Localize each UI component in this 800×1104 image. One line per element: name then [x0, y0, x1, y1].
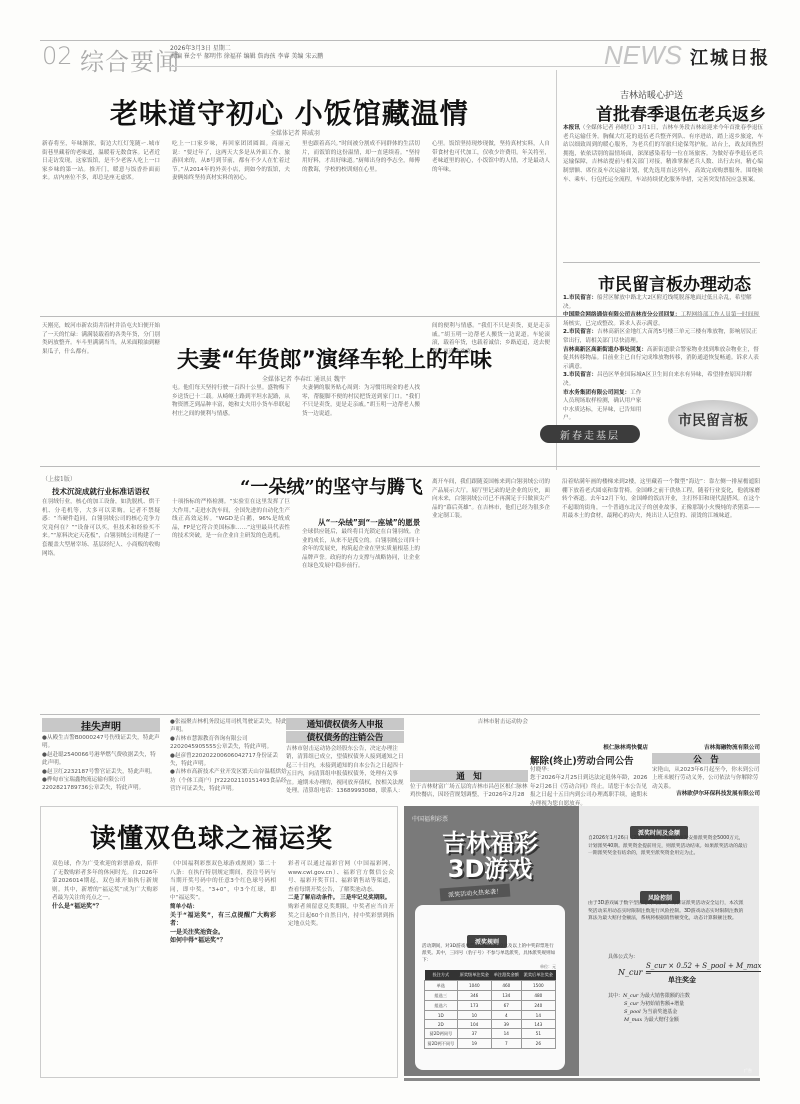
announce-signer: 吉林欧伊尔环保科技发展有限公司 — [652, 790, 760, 798]
main-col-3: 里也跟着高兴。”时间被分割成不同群体的生活切片，而饭馆的这份温情，却一直延续着。… — [302, 140, 420, 308]
section-rule — [40, 466, 760, 467]
section-title: 综合要闻 — [80, 42, 180, 77]
header-subrule — [170, 66, 620, 67]
table-row: 2D10439143 — [425, 1020, 556, 1029]
table-row: 猜2D两同号371451 — [425, 1029, 556, 1039]
board-item: 1.市民留言：船营区解放中路北大2区附近线缆脱落地面过低且杂乱，希望解决。 — [563, 294, 760, 311]
time-text: 自2026年1月26日（2026026期）开始，预先安排派奖资金5000万元，计… — [588, 835, 748, 858]
section-rule — [40, 714, 760, 715]
labor-signer: 吉林海融物流有限公司 — [652, 744, 760, 752]
main-byline: 全媒体记者 陈威羽 — [270, 128, 320, 137]
debt-notice-title-1: 通知债权债务人申报 — [286, 718, 404, 730]
lost-notices-left: ●从殿生吉警B0000247号伤残证丢失，特此声明。●赵赴聪2540066号港华… — [42, 734, 160, 793]
notify-text: 位于吉林财富广场五层的吉林市昌邑区根仁脉林鸡快餐店，因经营规划调整，于2026年… — [410, 783, 528, 799]
debt-notice-text: 吉林市射击运动协会经股东公告，决定办理注销，清算组已成立，望债权债务人接到通知之… — [286, 745, 404, 795]
announce-text: 宋艳山，从2023年6月起至今，你未到公司上班未履行劳动义务，公司依法与你解除劳… — [652, 766, 760, 791]
formula-numerator: S_cur × 0.52 + S_pool + M_max — [646, 962, 761, 972]
column-divider — [556, 70, 557, 470]
table-row: 单选10404601500 — [425, 981, 556, 991]
lost-notices-right: ●张福聚吉林机务段运用司机驾驶证丢失，特此声明。●吉林市慧源教育咨询有限公司22… — [170, 718, 288, 794]
game-title: 吉林福彩3D游戏 — [425, 830, 555, 882]
table-row: 1D10414 — [425, 1011, 556, 1020]
board-item: 中国联合网络通信有限公司吉林市分公司回复：工程网络部工作人员第一时间现场核实，已… — [563, 311, 760, 328]
formula-legend: 其中：N_cur 为最大销售限额的注数 S_cur 为初始销售额+增量 S_po… — [608, 992, 690, 1024]
wool-col-3: 全球供应链后，最终将目光锁定在白翎羽绒。企业的成长，从来不是孤立的。白翎羽绒公司… — [302, 528, 420, 658]
risk-text: 由于3D游戏属于数字型固定设奖游戏，为保证派奖活动安全运行，本次派奖活动采用动态… — [588, 900, 748, 923]
wool-subhead-2: 从“一朵绒”到“一座城”的愿景 — [318, 517, 420, 528]
veterans-body: 本报讯（全媒体记者 孙晓红）3月1日，吉林车务段吉林站迎来今年首批春季退伍老兵运… — [563, 124, 763, 254]
section-rule — [563, 262, 760, 263]
lottery-col-3: 彩者可以通过福彩官网（中国福彩网，www.cwl.gov.cn）、福彩官方微信公… — [288, 860, 394, 1070]
lottery-article-headline: 读懂双色球之福运奖 — [90, 818, 333, 855]
couple-byline: 全媒体记者 李春红 通讯员 魏宇 — [262, 374, 346, 383]
notify-signer: 根仁脉林鸡快餐店 — [530, 744, 648, 752]
announce-title: 公 告 — [652, 753, 760, 764]
header-meta: 2026年3月3日 星期二 责编 崔会平 郝明伟 徐福祥 编辑 詹海孩 李睿 美… — [170, 45, 323, 61]
continued-from: （上接1版） — [42, 474, 76, 483]
couple-col-1: 天刚亮，蛟河市新农街井沿村井沿屯夫妇便开始了一天的忙碌：满满装载着的各类年货，分… — [42, 322, 160, 462]
issue-date: 2026年3月3日 星期二 — [170, 45, 323, 53]
lead-byline: （全媒体记者 孙晓红） — [580, 125, 638, 131]
wool-subhead-1: 技术沉淀成就行业标准话语权 — [52, 486, 150, 497]
prize-table: 投注方式原奖级单注奖金单注派奖金额派奖后单注奖金 单选10404601500 组… — [424, 970, 556, 1049]
veterans-text: 3月1日，吉林车务段吉林站迎来今年首批春季退伍老兵运输任务。胸佩大红花的退伍老兵… — [563, 125, 763, 183]
notify-title: 通 知 — [410, 770, 528, 782]
debt-notice-continued: 吉林市射击运动协会 — [410, 718, 528, 764]
welfare-lottery-logo: 中国福利彩票 — [412, 814, 448, 823]
wool-headline: “一朵绒”的坚守与腾飞 — [240, 473, 423, 499]
message-board-title: 市民留言板办理动态 — [598, 270, 751, 295]
labor-contract-title: 解除(终止)劳动合同公告 — [530, 753, 650, 767]
spring-grassroots-tag: 新春走基层 — [540, 425, 640, 443]
main-col-1: 新春将至，年味渐浓，街边大红灯笼随ー.城市街巷里藏着的老味道，温暖着无数食客。记… — [42, 140, 160, 308]
board-item: 吉林高新区高新街道办事处回复：高新街道联合警家物业找到堆放杂物业主，督促其转移物… — [563, 346, 760, 372]
labor-contract-body: 付晓华：您于2026年2月25日到达法定退休年龄，2026年2月26日《劳动合同… — [530, 766, 648, 808]
message-board-badge: 市民留言板 — [668, 400, 758, 440]
lead-label: 本报讯 — [563, 125, 580, 131]
wool-col-5: 沿着贴满年画的楼梯来到2楼，这里藏着一个微型“海边”：靠左侧一排屋檐遮阳棚下放着… — [562, 478, 760, 658]
editor-credits: 责编 崔会平 郝明伟 徐福祥 编辑 詹海孩 李睿 美编 宋云鹏 — [170, 53, 323, 61]
board-item: 3.市民留言：昌邑区华业国际城A区卫生间自来水有异味，希望排查原因并解决。 — [563, 371, 760, 388]
rules-text: 活动期间，对3D游戏单票投注额达到10元及以上的中奖彩票进行派奖。其中，三同号（… — [422, 943, 558, 964]
lottery-col-2: 《中国福利彩票双色球游戏规则》第二十八条：在执行特别规定期间，投注号码与当期开奖… — [170, 860, 276, 1070]
table-row: 组选六17367240 — [425, 1001, 556, 1011]
table-row: 组选三346134480 — [425, 991, 556, 1001]
main-headline: 老味道守初心 小饭馆藏温情 — [110, 92, 469, 132]
page-number: 02 — [42, 42, 73, 70]
board-item: 市水务集团有限公司回复：工作人员现场取样检测，确认用户家中水质达标，无异味，已告… — [563, 389, 643, 423]
main-col-4: 心里。饭馆坚持现炒现做，坚持真材实料，人自带食材也可代加工，仅收少许费用。年关将… — [432, 140, 550, 308]
table-row: 猜2D两不同号19726 — [425, 1039, 556, 1049]
ad-mark: 广告 — [744, 1068, 752, 1074]
lost-notice-title: 挂失声明 — [42, 718, 160, 732]
section-rule — [40, 316, 760, 317]
board-item: 2.市民留言：吉林高新区金地红大苗湾5号楼三单元三楼有堆放物，影响居民正常出行，… — [563, 328, 760, 345]
wool-col-2: 十项指标的严格检测。“实验室在这里发挥了巨大作用。”走进水洗车间，全国先进的自动… — [172, 498, 290, 658]
wool-col-4: 离开车间，我们跟随姜国栋来到白翎羽绒公司的产品展示大厅。展厅里记录的是企业的历史… — [432, 478, 550, 658]
ad-footer-bar — [404, 1078, 760, 1081]
formula-label: 具体公式为： — [608, 953, 638, 960]
newspaper-brand: 江城日报 — [690, 44, 770, 70]
couple-col-2: 屯。他们每天坚持行驶一百四十公里。盛物梅下乡送货已十二载。从崎岖土路到平坦水泥路… — [172, 384, 290, 464]
lottery-col-1: 双色球，作为广受欢迎的彩票游戏，陪伴了无数购彩者多年的休闲时光。自2026年第2… — [52, 860, 158, 1070]
main-col-2: 吃上一口家乡味，再回家团团圆圆。商丽元说：“要过年了，这两天大多是从外面工作、旅… — [172, 140, 290, 308]
couple-col-4: 间的便利与情感。“我们不只是卖货，更是走亲戚。”胡玉明一边帮老人搬货一边说道。车… — [432, 322, 550, 418]
wool-col-1: 在羽绒行业，核心的加工设备，如洗脱机、烘干机、分毛机等，大多可以采购。记者不禁疑… — [42, 498, 160, 658]
couple-col-3: 夫妻俩的服务贴心周到：为习惯用现金的老人找零，帮腿脚不便的村民把货送到家门口。“… — [302, 384, 420, 464]
debt-notice-title-2: 债权债务的注销公告 — [286, 731, 404, 743]
veterans-headline: 首批春季退伍老兵返乡 — [596, 100, 766, 125]
formula-denominator: 单注奖金 — [668, 975, 696, 985]
